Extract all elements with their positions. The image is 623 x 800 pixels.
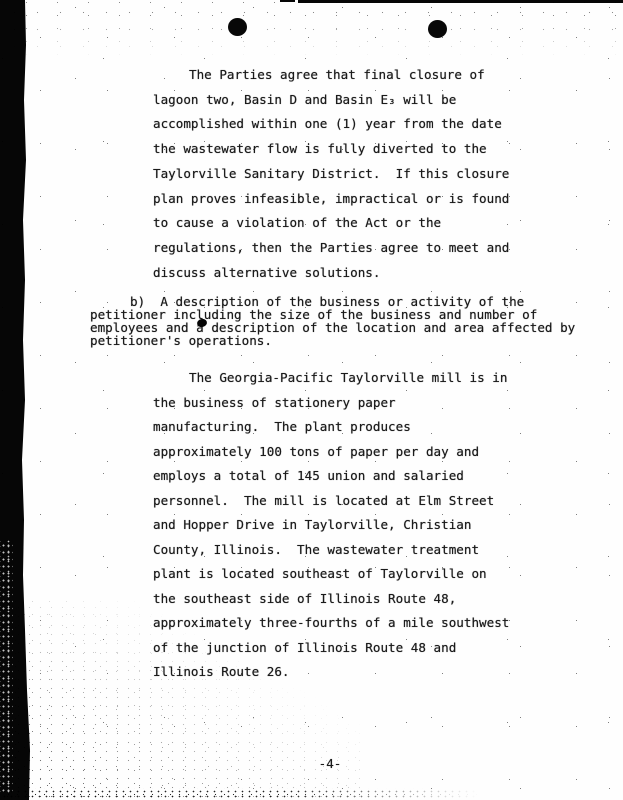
text-line: the southeast side of Illinois Route 48, [153, 587, 509, 612]
left-scan-edge-band [0, 0, 30, 800]
text-line: The Georgia-Pacific Taylorville mill is … [153, 366, 509, 391]
closure-paragraph: The Parties agree that final closure of … [153, 63, 509, 285]
text-line: of the junction of Illinois Route 48 and [153, 636, 509, 661]
text-line: employs a total of 145 union and salarie… [153, 464, 509, 489]
hole-punch-dot-right [428, 20, 447, 38]
top-scan-edge-bar-dash [280, 0, 295, 2]
text-line: County, Illinois. The wastewater treatme… [153, 538, 509, 563]
text-line: accomplished within one (1) year from th… [153, 112, 509, 137]
text-line: petitioner's operations. [90, 335, 575, 348]
text-line: The Parties agree that final closure of [153, 63, 509, 88]
text-line: approximately 100 tons of paper per day … [153, 440, 509, 465]
text-line: manufacturing. The plant produces [153, 415, 509, 440]
text-line: plan proves infeasible, impractical or i… [153, 187, 509, 212]
hole-punch-dot-left [228, 18, 247, 36]
text-line: lagoon two, Basin D and Basin E₃ will be [153, 88, 509, 113]
clause-b-paragraph: b) A description of the business or acti… [90, 296, 575, 348]
text-line: Illinois Route 26. [153, 660, 509, 685]
text-line: personnel. The mill is located at Elm St… [153, 489, 509, 514]
scan-noise-top [0, 0, 623, 58]
business-description-paragraph: The Georgia-Pacific Taylorville mill is … [153, 366, 509, 685]
text-line: regulations, then the Parties agree to m… [153, 236, 509, 261]
top-scan-edge-bar [298, 0, 623, 3]
scanned-document-page: The Parties agree that final closure of … [0, 0, 623, 800]
text-line: approximately three-fourths of a mile so… [153, 611, 509, 636]
page-number: -4- [300, 756, 360, 771]
text-line: discuss alternative solutions. [153, 261, 509, 286]
text-line: Taylorville Sanitary District. If this c… [153, 162, 509, 187]
text-line: the business of stationery paper [153, 391, 509, 416]
text-line: plant is located southeast of Taylorvill… [153, 562, 509, 587]
scan-noise-bottom-strip [0, 788, 480, 800]
text-line: and Hopper Drive in Taylorville, Christi… [153, 513, 509, 538]
text-line: to cause a violation of the Act or the [153, 211, 509, 236]
text-line: the wastewater flow is fully diverted to… [153, 137, 509, 162]
